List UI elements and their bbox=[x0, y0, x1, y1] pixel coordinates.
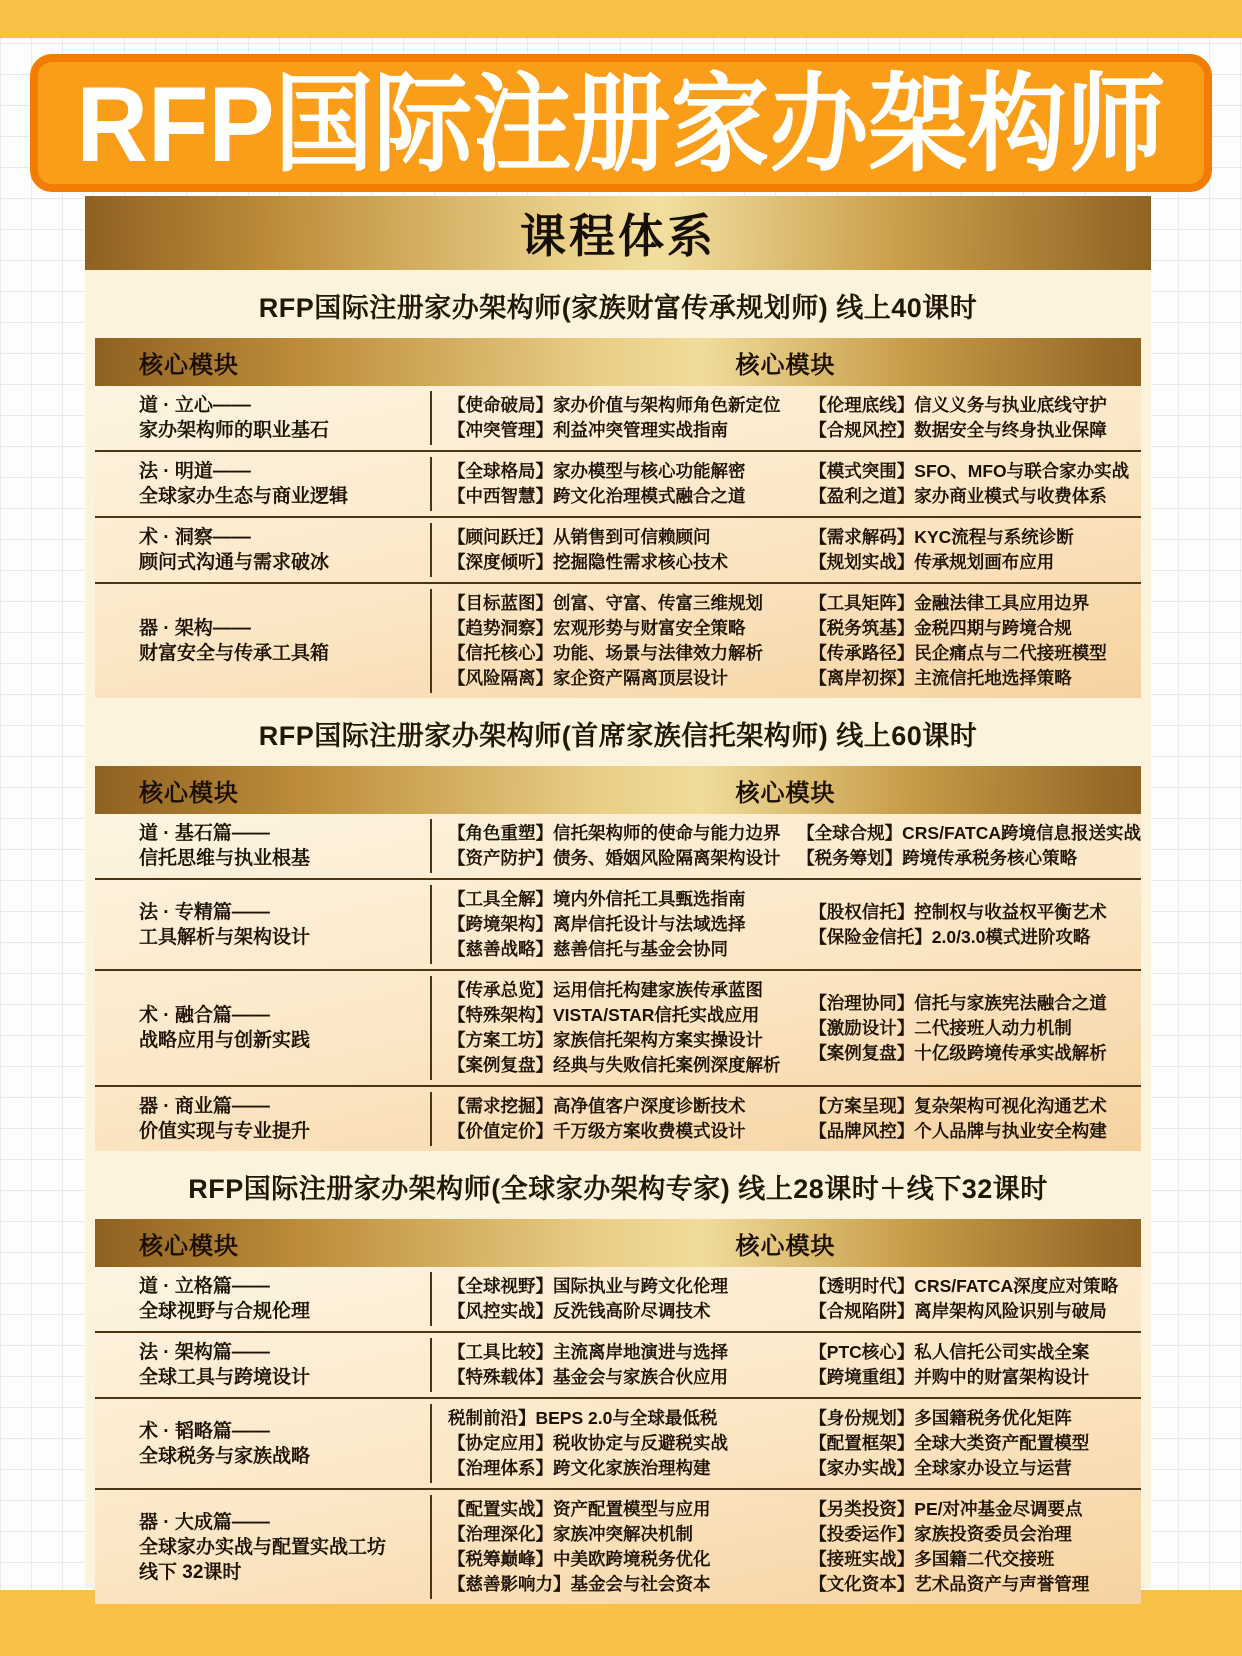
module-line: 线下 32课时 bbox=[139, 1560, 414, 1585]
course-item: 【跨境重组】并购中的财富架构设计 bbox=[809, 1365, 1141, 1390]
course-item: 【协定应用】税收协定与反避税实战 bbox=[448, 1431, 807, 1456]
course-list-left: 【工具全解】境内外信托工具甄选指南【跨境架构】离岸信托设计与法域选择【慈善战略】… bbox=[432, 887, 807, 962]
module-line: 器 · 大成篇—— bbox=[139, 1510, 414, 1535]
module-label: 道 · 基石篇——信托思维与执业根基 bbox=[95, 819, 430, 873]
course-item: 【盈利之道】家办商业模式与收费体系 bbox=[809, 484, 1141, 509]
course-item: 【配置实战】资产配置模型与应用 bbox=[448, 1497, 807, 1522]
module-line: 信托思维与执业根基 bbox=[139, 846, 414, 871]
course-list-left: 【工具比较】主流离岸地演进与选择【特殊载体】基金会与家族合伙应用 bbox=[432, 1340, 807, 1390]
table-row: 器 · 商业篇——价值实现与专业提升【需求挖掘】高净值客户深度诊断技术【价值定价… bbox=[95, 1085, 1141, 1151]
course-item: 【角色重塑】信托架构师的使命与能力边界 bbox=[448, 821, 795, 846]
course-columns: 【需求挖掘】高净值客户深度诊断技术【价值定价】千万级方案收费模式设计【方案呈现】… bbox=[430, 1092, 1141, 1146]
course-item: 【全球视野】国际执业与跨文化伦理 bbox=[448, 1274, 807, 1299]
module-line: 战略应用与创新实践 bbox=[139, 1028, 414, 1053]
title-banner: RFP国际注册家办架构师 bbox=[30, 54, 1212, 192]
course-list-right: 【另类投资】PE/对冲基金尽调要点【投委运作】家族投资委员会治理【接班实战】多国… bbox=[807, 1497, 1141, 1597]
course-list-right: 【工具矩阵】金融法律工具应用边界【税务筑基】金税四期与跨境合规【传承路径】民企痛… bbox=[807, 591, 1141, 691]
course-list-left: 【传承总览】运用信托构建家族传承蓝图【特殊架构】VISTA/STAR信托实战应用… bbox=[432, 978, 807, 1078]
course-list-right: 【伦理底线】信义义务与执业底线守护【合规风控】数据安全与终身执业保障 bbox=[807, 393, 1141, 443]
course-item: 【信托核心】功能、场景与法律效力解析 bbox=[448, 641, 807, 666]
module-line: 道 · 立格篇—— bbox=[139, 1274, 414, 1299]
table-row: 术 · 洞察——顾问式沟通与需求破冰【顾问跃迁】从销售到可信赖顾问【深度倾听】挖… bbox=[95, 516, 1141, 582]
module-line: 全球家办生态与商业逻辑 bbox=[139, 484, 414, 509]
course-item: 【合规陷阱】离岸架构风险识别与破局 bbox=[809, 1299, 1141, 1324]
course-item: 【伦理底线】信义义务与执业底线守护 bbox=[809, 393, 1141, 418]
course-item: 【需求解码】KYC流程与系统诊断 bbox=[809, 525, 1141, 550]
course-item: 【文化资本】艺术品资产与声誉管理 bbox=[809, 1572, 1141, 1597]
module-line: 器 · 商业篇—— bbox=[139, 1094, 414, 1119]
page-title: RFP国际注册家办架构师 bbox=[77, 70, 1166, 177]
course-item: 【税务筑基】金税四期与跨境合规 bbox=[809, 616, 1141, 641]
module-line: 术 · 洞察—— bbox=[139, 525, 414, 550]
course-item: 【目标蓝图】创富、守富、传富三维规划 bbox=[448, 591, 807, 616]
course-columns: 【角色重塑】信托架构师的使命与能力边界【资产防护】债务、婚姻风险隔离架构设计【全… bbox=[430, 819, 1141, 873]
table-row: 道 · 基石篇——信托思维与执业根基【角色重塑】信托架构师的使命与能力边界【资产… bbox=[95, 814, 1141, 878]
course-item: 【中西智慧】跨文化治理模式融合之道 bbox=[448, 484, 807, 509]
course-item: 【顾问跃迁】从销售到可信赖顾问 bbox=[448, 525, 807, 550]
course-list-right: 【方案呈现】复杂架构可视化沟通艺术【品牌风控】个人品牌与执业安全构建 bbox=[807, 1094, 1141, 1144]
course-list-left: 【使命破局】家办价值与架构师角色新定位【冲突管理】利益冲突管理实战指南 bbox=[432, 393, 807, 443]
course-columns: 【工具比较】主流离岸地演进与选择【特殊载体】基金会与家族合伙应用【PTC核心】私… bbox=[430, 1338, 1141, 1392]
course-item: 【全球格局】家办模型与核心功能解密 bbox=[448, 459, 807, 484]
top-yellow-band bbox=[0, 0, 1242, 38]
module-label: 术 · 洞察——顾问式沟通与需求破冰 bbox=[95, 523, 430, 577]
module-label: 术 · 融合篇——战略应用与创新实践 bbox=[95, 1001, 430, 1055]
course-table: 核心模块核心模块道 · 立心——家办架构师的职业基石【使命破局】家办价值与架构师… bbox=[95, 338, 1141, 698]
table-row: 术 · 融合篇——战略应用与创新实践【传承总览】运用信托构建家族传承蓝图【特殊架… bbox=[95, 969, 1141, 1085]
module-line: 法 · 明道—— bbox=[139, 459, 414, 484]
course-item: 【方案工坊】家族信托架构方案实操设计 bbox=[448, 1028, 807, 1053]
course-item: 【接班实战】多国籍二代交接班 bbox=[809, 1547, 1141, 1572]
column-header-content: 核心模块 bbox=[430, 773, 1141, 808]
course-item: 【股权信托】控制权与收益权平衡艺术 bbox=[809, 900, 1141, 925]
module-line: 工具解析与架构设计 bbox=[139, 925, 414, 950]
table-row: 法 · 架构篇——全球工具与跨境设计【工具比较】主流离岸地演进与选择【特殊载体】… bbox=[95, 1331, 1141, 1397]
module-line: 财富安全与传承工具箱 bbox=[139, 641, 414, 666]
course-columns: 【工具全解】境内外信托工具甄选指南【跨境架构】离岸信托设计与法域选择【慈善战略】… bbox=[430, 885, 1141, 964]
course-sections: RFP国际注册家办架构师(家族财富传承规划师) 线上40课时核心模块核心模块道 … bbox=[85, 270, 1151, 1620]
course-item: 【工具矩阵】金融法律工具应用边界 bbox=[809, 591, 1141, 616]
course-item: 【治理协同】信托与家族宪法融合之道 bbox=[809, 991, 1141, 1016]
column-header-modules: 核心模块 bbox=[95, 1226, 430, 1261]
course-item: 【传承路径】民企痛点与二代接班模型 bbox=[809, 641, 1141, 666]
module-label: 道 · 立心——家办架构师的职业基石 bbox=[95, 391, 430, 445]
course-list-right: 【全球合规】CRS/FATCA跨境信息报送实战【税务筹划】跨境传承税务核心策略 bbox=[795, 821, 1141, 871]
course-list-left: 【全球视野】国际执业与跨文化伦理【风控实战】反洗钱高阶尽调技术 bbox=[432, 1274, 807, 1324]
module-label: 法 · 明道——全球家办生态与商业逻辑 bbox=[95, 457, 430, 511]
course-list-right: 【PTC核心】私人信托公司实战全案【跨境重组】并购中的财富架构设计 bbox=[807, 1340, 1141, 1390]
course-item: 【工具比较】主流离岸地演进与选择 bbox=[448, 1340, 807, 1365]
course-item: 【传承总览】运用信托构建家族传承蓝图 bbox=[448, 978, 807, 1003]
course-system-header: 课程体系 bbox=[85, 196, 1151, 270]
column-header-content: 核心模块 bbox=[430, 1226, 1141, 1261]
module-label: 器 · 商业篇——价值实现与专业提升 bbox=[95, 1092, 430, 1146]
module-line: 全球家办实战与配置实战工坊 bbox=[139, 1535, 414, 1560]
course-item: 【规划实战】传承规划画布应用 bbox=[809, 550, 1141, 575]
course-list-right: 【模式突围】SFO、MFO与联合家办实战【盈利之道】家办商业模式与收费体系 bbox=[807, 459, 1141, 509]
course-item: 【需求挖掘】高净值客户深度诊断技术 bbox=[448, 1094, 807, 1119]
module-label: 法 · 架构篇——全球工具与跨境设计 bbox=[95, 1338, 430, 1392]
course-list-left: 【全球格局】家办模型与核心功能解密【中西智慧】跨文化治理模式融合之道 bbox=[432, 459, 807, 509]
module-line: 术 · 融合篇—— bbox=[139, 1003, 414, 1028]
course-item: 【另类投资】PE/对冲基金尽调要点 bbox=[809, 1497, 1141, 1522]
course-item: 【慈善影响力】基金会与社会资本 bbox=[448, 1572, 807, 1597]
module-line: 道 · 基石篇—— bbox=[139, 821, 414, 846]
section-title: RFP国际注册家办架构师(首席家族信托架构师) 线上60课时 bbox=[85, 698, 1151, 766]
course-list-right: 【治理协同】信托与家族宪法融合之道【激励设计】二代接班人动力机制【案例复盘】十亿… bbox=[807, 991, 1141, 1066]
course-list-left: 【角色重塑】信托架构师的使命与能力边界【资产防护】债务、婚姻风险隔离架构设计 bbox=[432, 821, 795, 871]
course-item: 【配置框架】全球大类资产配置模型 bbox=[809, 1431, 1141, 1456]
course-panel: 课程体系 RFP国际注册家办架构师(家族财富传承规划师) 线上40课时核心模块核… bbox=[85, 196, 1151, 1588]
course-item: 【全球合规】CRS/FATCA跨境信息报送实战 bbox=[797, 821, 1141, 846]
module-label: 术 · 韬略篇——全球税务与家族战略 bbox=[95, 1417, 430, 1471]
module-line: 道 · 立心—— bbox=[139, 393, 414, 418]
course-table: 核心模块核心模块道 · 基石篇——信托思维与执业根基【角色重塑】信托架构师的使命… bbox=[95, 766, 1141, 1151]
module-label: 道 · 立格篇——全球视野与合规伦理 bbox=[95, 1272, 430, 1326]
course-item: 【税务筹划】跨境传承税务核心策略 bbox=[797, 846, 1141, 871]
course-item: 【家办实战】全球家办设立与运营 bbox=[809, 1456, 1141, 1481]
course-list-right: 【身份规划】多国籍税务优化矩阵【配置框架】全球大类资产配置模型【家办实战】全球家… bbox=[807, 1406, 1141, 1481]
course-columns: 【全球视野】国际执业与跨文化伦理【风控实战】反洗钱高阶尽调技术【透明时代】CRS… bbox=[430, 1272, 1141, 1326]
table-row: 道 · 立心——家办架构师的职业基石【使命破局】家办价值与架构师角色新定位【冲突… bbox=[95, 386, 1141, 450]
module-label: 器 · 大成篇——全球家办实战与配置实战工坊线下 32课时 bbox=[95, 1508, 430, 1587]
course-list-left: 【需求挖掘】高净值客户深度诊断技术【价值定价】千万级方案收费模式设计 bbox=[432, 1094, 807, 1144]
table-header-row: 核心模块核心模块 bbox=[95, 1219, 1141, 1267]
module-line: 全球工具与跨境设计 bbox=[139, 1365, 414, 1390]
course-item: 【身份规划】多国籍税务优化矩阵 bbox=[809, 1406, 1141, 1431]
course-section-1: RFP国际注册家办架构师(家族财富传承规划师) 线上40课时核心模块核心模块道 … bbox=[85, 270, 1151, 698]
course-table: 核心模块核心模块道 · 立格篇——全球视野与合规伦理【全球视野】国际执业与跨文化… bbox=[95, 1219, 1141, 1604]
column-header-modules: 核心模块 bbox=[95, 345, 430, 380]
table-header-row: 核心模块核心模块 bbox=[95, 766, 1141, 814]
column-header-content: 核心模块 bbox=[430, 345, 1141, 380]
module-line: 术 · 韬略篇—— bbox=[139, 1419, 414, 1444]
course-item: 税制前沿】BEPS 2.0与全球最低税 bbox=[448, 1406, 807, 1431]
course-columns: 【传承总览】运用信托构建家族传承蓝图【特殊架构】VISTA/STAR信托实战应用… bbox=[430, 976, 1141, 1080]
course-list-left: 【顾问跃迁】从销售到可信赖顾问【深度倾听】挖掘隐性需求核心技术 bbox=[432, 525, 807, 575]
course-columns: 税制前沿】BEPS 2.0与全球最低税【协定应用】税收协定与反避税实战【治理体系… bbox=[430, 1404, 1141, 1483]
course-item: 【案例复盘】十亿级跨境传承实战解析 bbox=[809, 1041, 1141, 1066]
course-item: 【冲突管理】利益冲突管理实战指南 bbox=[448, 418, 807, 443]
course-item: 【案例复盘】经典与失败信托案例深度解析 bbox=[448, 1053, 807, 1078]
course-item: 【使命破局】家办价值与架构师角色新定位 bbox=[448, 393, 807, 418]
table-row: 器 · 大成篇——全球家办实战与配置实战工坊线下 32课时【配置实战】资产配置模… bbox=[95, 1488, 1141, 1604]
poster-page: RFP国际注册家办架构师 课程体系 RFP国际注册家办架构师(家族财富传承规划师… bbox=[0, 0, 1242, 1656]
course-item: 【离岸初探】主流信托地选择策略 bbox=[809, 666, 1141, 691]
course-item: 【模式突围】SFO、MFO与联合家办实战 bbox=[809, 459, 1141, 484]
course-item: 【投委运作】家族投资委员会治理 bbox=[809, 1522, 1141, 1547]
course-list-left: 【配置实战】资产配置模型与应用【治理深化】家族冲突解决机制【税筹巅峰】中美欧跨境… bbox=[432, 1497, 807, 1597]
column-header-modules: 核心模块 bbox=[95, 773, 430, 808]
course-item: 【品牌风控】个人品牌与执业安全构建 bbox=[809, 1119, 1141, 1144]
course-item: 【趋势洞察】宏观形势与财富安全策略 bbox=[448, 616, 807, 641]
course-columns: 【使命破局】家办价值与架构师角色新定位【冲突管理】利益冲突管理实战指南【伦理底线… bbox=[430, 391, 1141, 445]
table-row: 术 · 韬略篇——全球税务与家族战略税制前沿】BEPS 2.0与全球最低税【协定… bbox=[95, 1397, 1141, 1488]
table-row: 法 · 专精篇——工具解析与架构设计【工具全解】境内外信托工具甄选指南【跨境架构… bbox=[95, 878, 1141, 969]
course-list-right: 【透明时代】CRS/FATCA深度应对策略【合规陷阱】离岸架构风险识别与破局 bbox=[807, 1274, 1141, 1324]
course-item: 【特殊架构】VISTA/STAR信托实战应用 bbox=[448, 1003, 807, 1028]
course-item: 【税筹巅峰】中美欧跨境税务优化 bbox=[448, 1547, 807, 1572]
course-item: 【价值定价】千万级方案收费模式设计 bbox=[448, 1119, 807, 1144]
module-line: 全球视野与合规伦理 bbox=[139, 1299, 414, 1324]
course-columns: 【配置实战】资产配置模型与应用【治理深化】家族冲突解决机制【税筹巅峰】中美欧跨境… bbox=[430, 1495, 1141, 1599]
course-item: 【深度倾听】挖掘隐性需求核心技术 bbox=[448, 550, 807, 575]
module-line: 全球税务与家族战略 bbox=[139, 1444, 414, 1469]
module-line: 家办架构师的职业基石 bbox=[139, 418, 414, 443]
course-item: 【资产防护】债务、婚姻风险隔离架构设计 bbox=[448, 846, 795, 871]
course-columns: 【顾问跃迁】从销售到可信赖顾问【深度倾听】挖掘隐性需求核心技术【需求解码】KYC… bbox=[430, 523, 1141, 577]
course-item: 【PTC核心】私人信托公司实战全案 bbox=[809, 1340, 1141, 1365]
course-item: 【合规风控】数据安全与终身执业保障 bbox=[809, 418, 1141, 443]
course-item: 【风险隔离】家企资产隔离顶层设计 bbox=[448, 666, 807, 691]
table-row: 法 · 明道——全球家办生态与商业逻辑【全球格局】家办模型与核心功能解密【中西智… bbox=[95, 450, 1141, 516]
course-item: 【跨境架构】离岸信托设计与法域选择 bbox=[448, 912, 807, 937]
section-title: RFP国际注册家办架构师(家族财富传承规划师) 线上40课时 bbox=[85, 270, 1151, 338]
module-line: 器 · 架构—— bbox=[139, 616, 414, 641]
module-line: 法 · 专精篇—— bbox=[139, 900, 414, 925]
module-label: 器 · 架构——财富安全与传承工具箱 bbox=[95, 614, 430, 668]
course-item: 【保险金信托】2.0/3.0模式进阶攻略 bbox=[809, 925, 1141, 950]
course-list-left: 税制前沿】BEPS 2.0与全球最低税【协定应用】税收协定与反避税实战【治理体系… bbox=[432, 1406, 807, 1481]
course-item: 【特殊载体】基金会与家族合伙应用 bbox=[448, 1365, 807, 1390]
course-list-right: 【需求解码】KYC流程与系统诊断【规划实战】传承规划画布应用 bbox=[807, 525, 1141, 575]
course-item: 【激励设计】二代接班人动力机制 bbox=[809, 1016, 1141, 1041]
table-header-row: 核心模块核心模块 bbox=[95, 338, 1141, 386]
module-line: 顾问式沟通与需求破冰 bbox=[139, 550, 414, 575]
module-line: 法 · 架构篇—— bbox=[139, 1340, 414, 1365]
course-item: 【治理深化】家族冲突解决机制 bbox=[448, 1522, 807, 1547]
section-title: RFP国际注册家办架构师(全球家办架构专家) 线上28课时＋线下32课时 bbox=[85, 1151, 1151, 1219]
course-item: 【工具全解】境内外信托工具甄选指南 bbox=[448, 887, 807, 912]
course-list-right: 【股权信托】控制权与收益权平衡艺术【保险金信托】2.0/3.0模式进阶攻略 bbox=[807, 900, 1141, 950]
course-columns: 【目标蓝图】创富、守富、传富三维规划【趋势洞察】宏观形势与财富安全策略【信托核心… bbox=[430, 589, 1141, 693]
course-item: 【风控实战】反洗钱高阶尽调技术 bbox=[448, 1299, 807, 1324]
table-row: 器 · 架构——财富安全与传承工具箱【目标蓝图】创富、守富、传富三维规划【趋势洞… bbox=[95, 582, 1141, 698]
module-line: 价值实现与专业提升 bbox=[139, 1119, 414, 1144]
course-item: 【治理体系】跨文化家族治理构建 bbox=[448, 1456, 807, 1481]
course-section-3: RFP国际注册家办架构师(全球家办架构专家) 线上28课时＋线下32课时核心模块… bbox=[85, 1151, 1151, 1604]
course-columns: 【全球格局】家办模型与核心功能解密【中西智慧】跨文化治理模式融合之道【模式突围】… bbox=[430, 457, 1141, 511]
course-list-left: 【目标蓝图】创富、守富、传富三维规划【趋势洞察】宏观形势与财富安全策略【信托核心… bbox=[432, 591, 807, 691]
module-label: 法 · 专精篇——工具解析与架构设计 bbox=[95, 898, 430, 952]
course-item: 【方案呈现】复杂架构可视化沟通艺术 bbox=[809, 1094, 1141, 1119]
course-section-2: RFP国际注册家办架构师(首席家族信托架构师) 线上60课时核心模块核心模块道 … bbox=[85, 698, 1151, 1151]
course-item: 【慈善战略】慈善信托与基金会协同 bbox=[448, 937, 807, 962]
table-row: 道 · 立格篇——全球视野与合规伦理【全球视野】国际执业与跨文化伦理【风控实战】… bbox=[95, 1267, 1141, 1331]
course-item: 【透明时代】CRS/FATCA深度应对策略 bbox=[809, 1274, 1141, 1299]
